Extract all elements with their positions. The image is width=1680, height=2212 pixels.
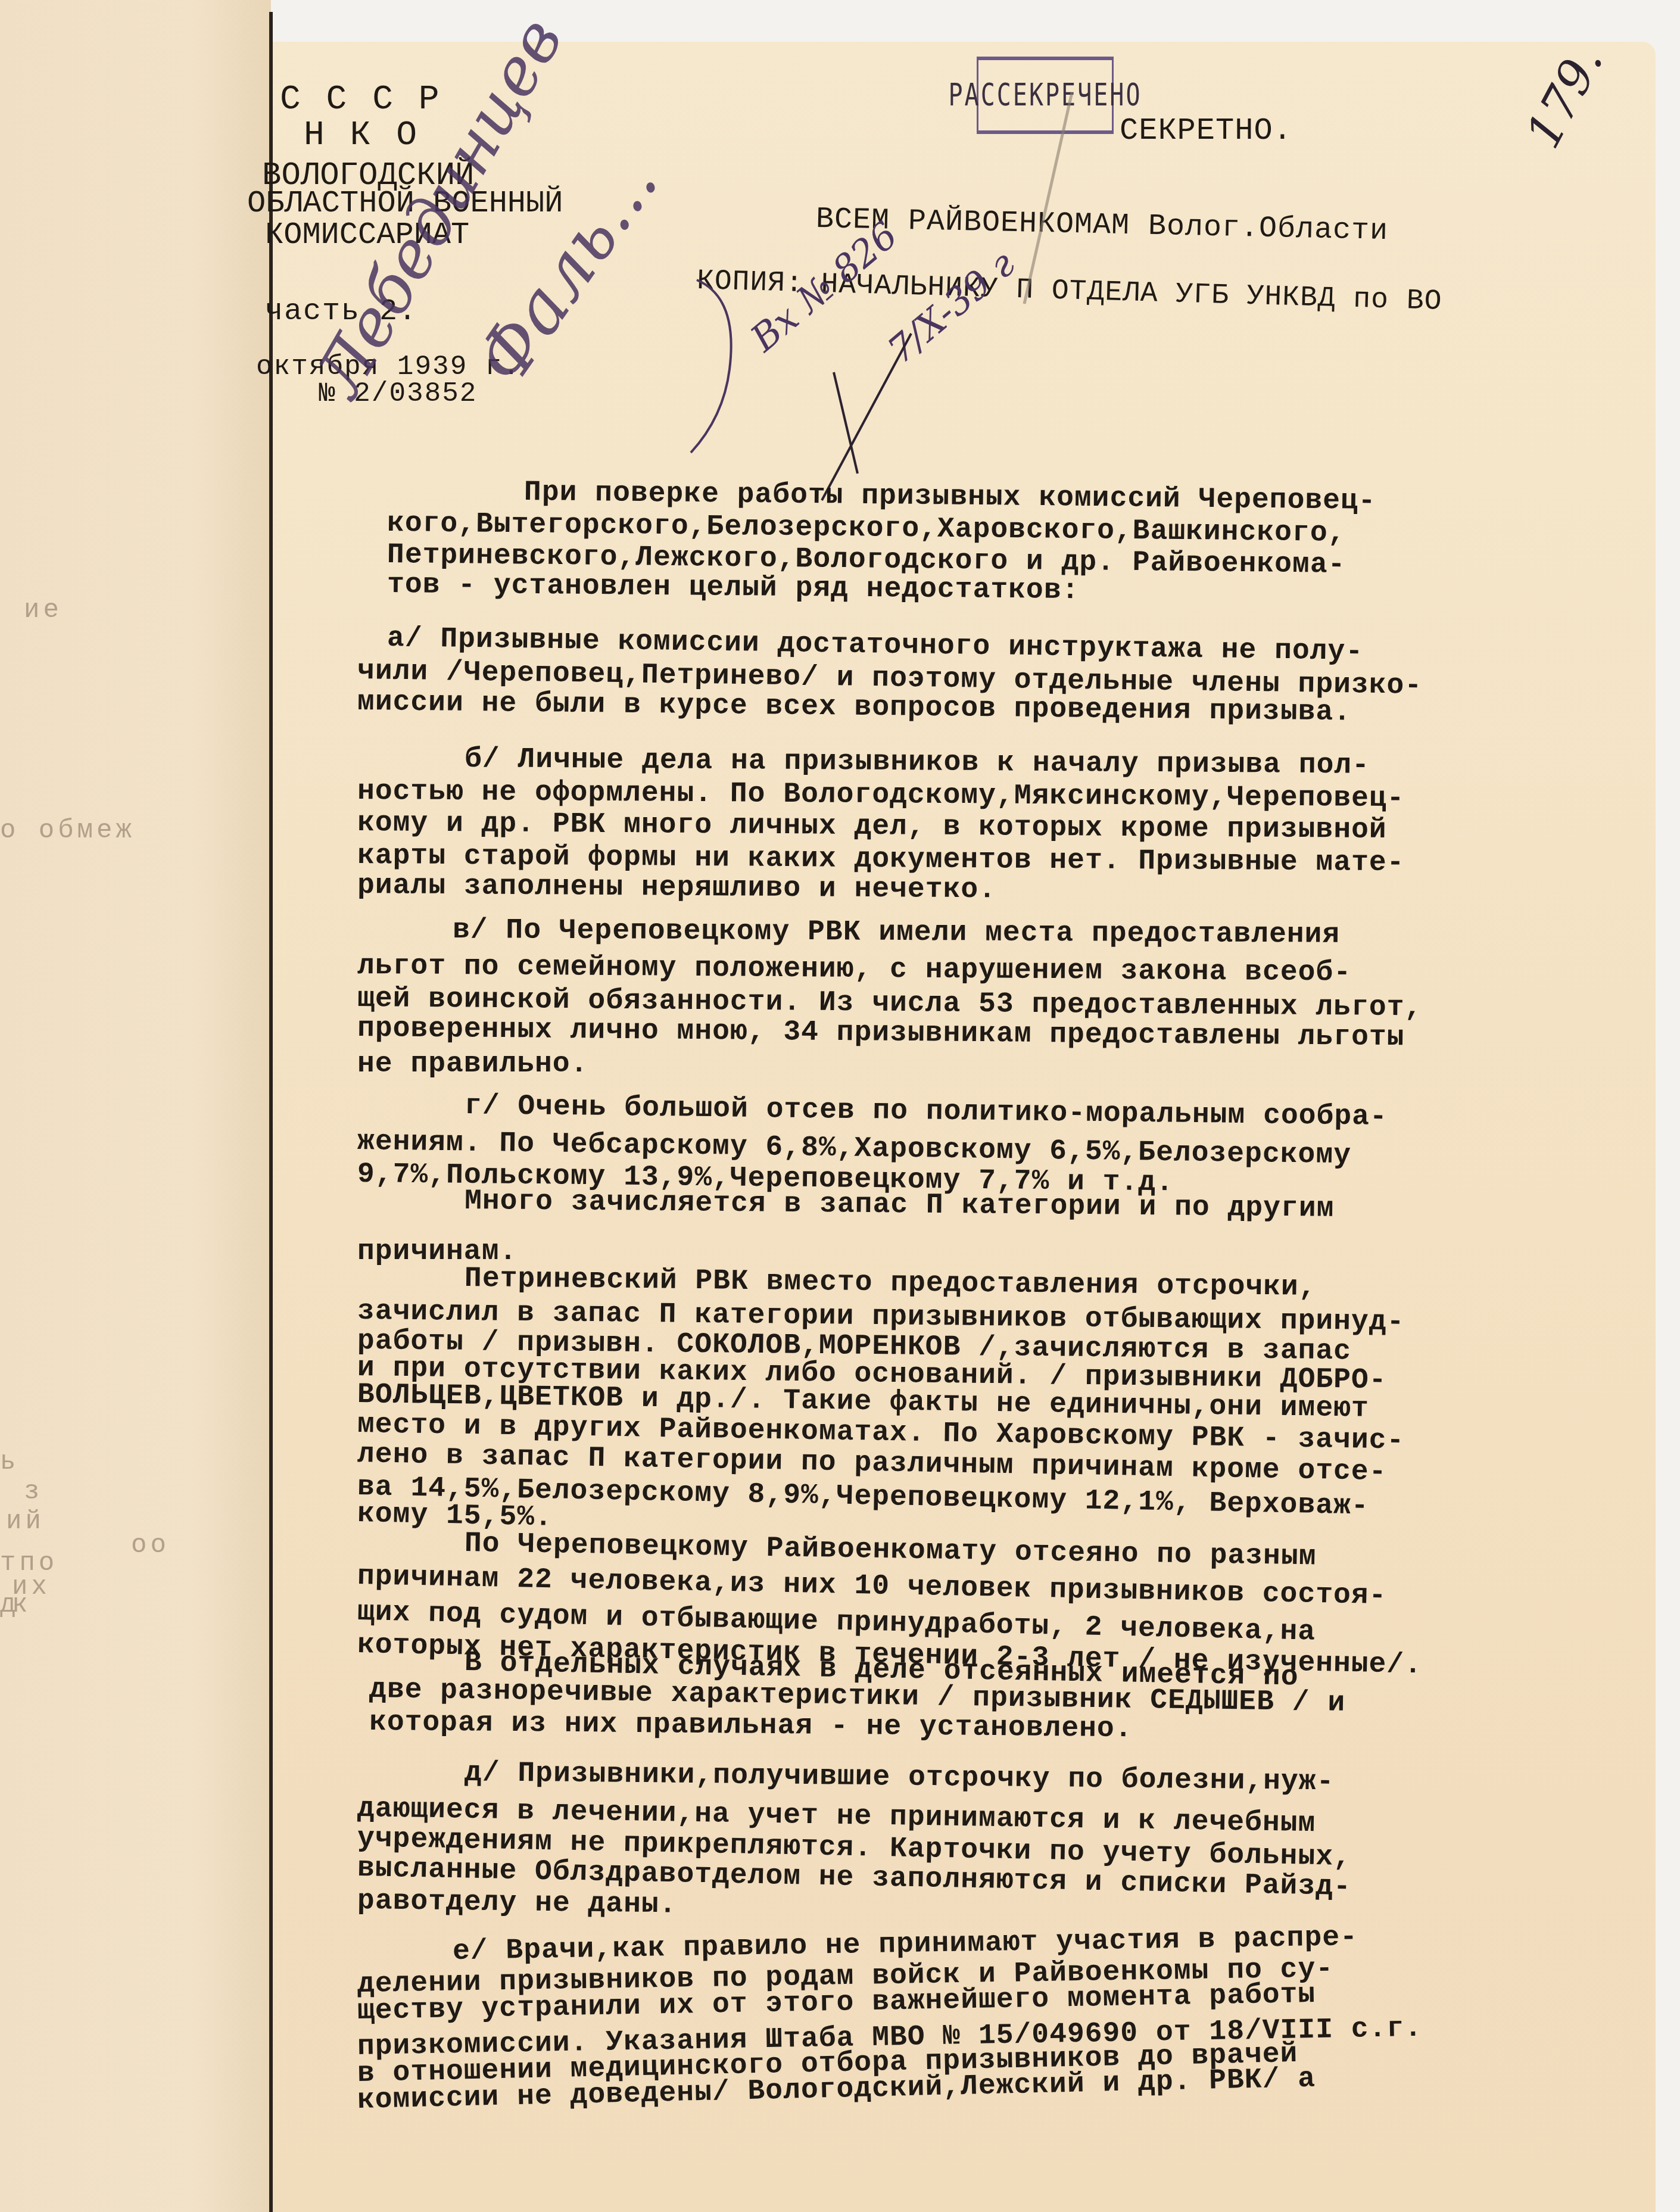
body-line: риалы заполнены неряшливо и нечетко.	[357, 870, 996, 906]
body-line: б/ Личные дела на призывников к началу п…	[465, 743, 1370, 782]
body-line: тов - установлен целый ряд недостатков:	[387, 569, 1080, 607]
body-line: которая из них правильная - не установле…	[369, 1706, 1133, 1745]
body-line: в/ По Череповецкому РВК имели места пред…	[453, 914, 1340, 951]
body-line: равотделу не даны.	[357, 1885, 677, 1921]
body-line: не правильно.	[357, 1048, 588, 1080]
